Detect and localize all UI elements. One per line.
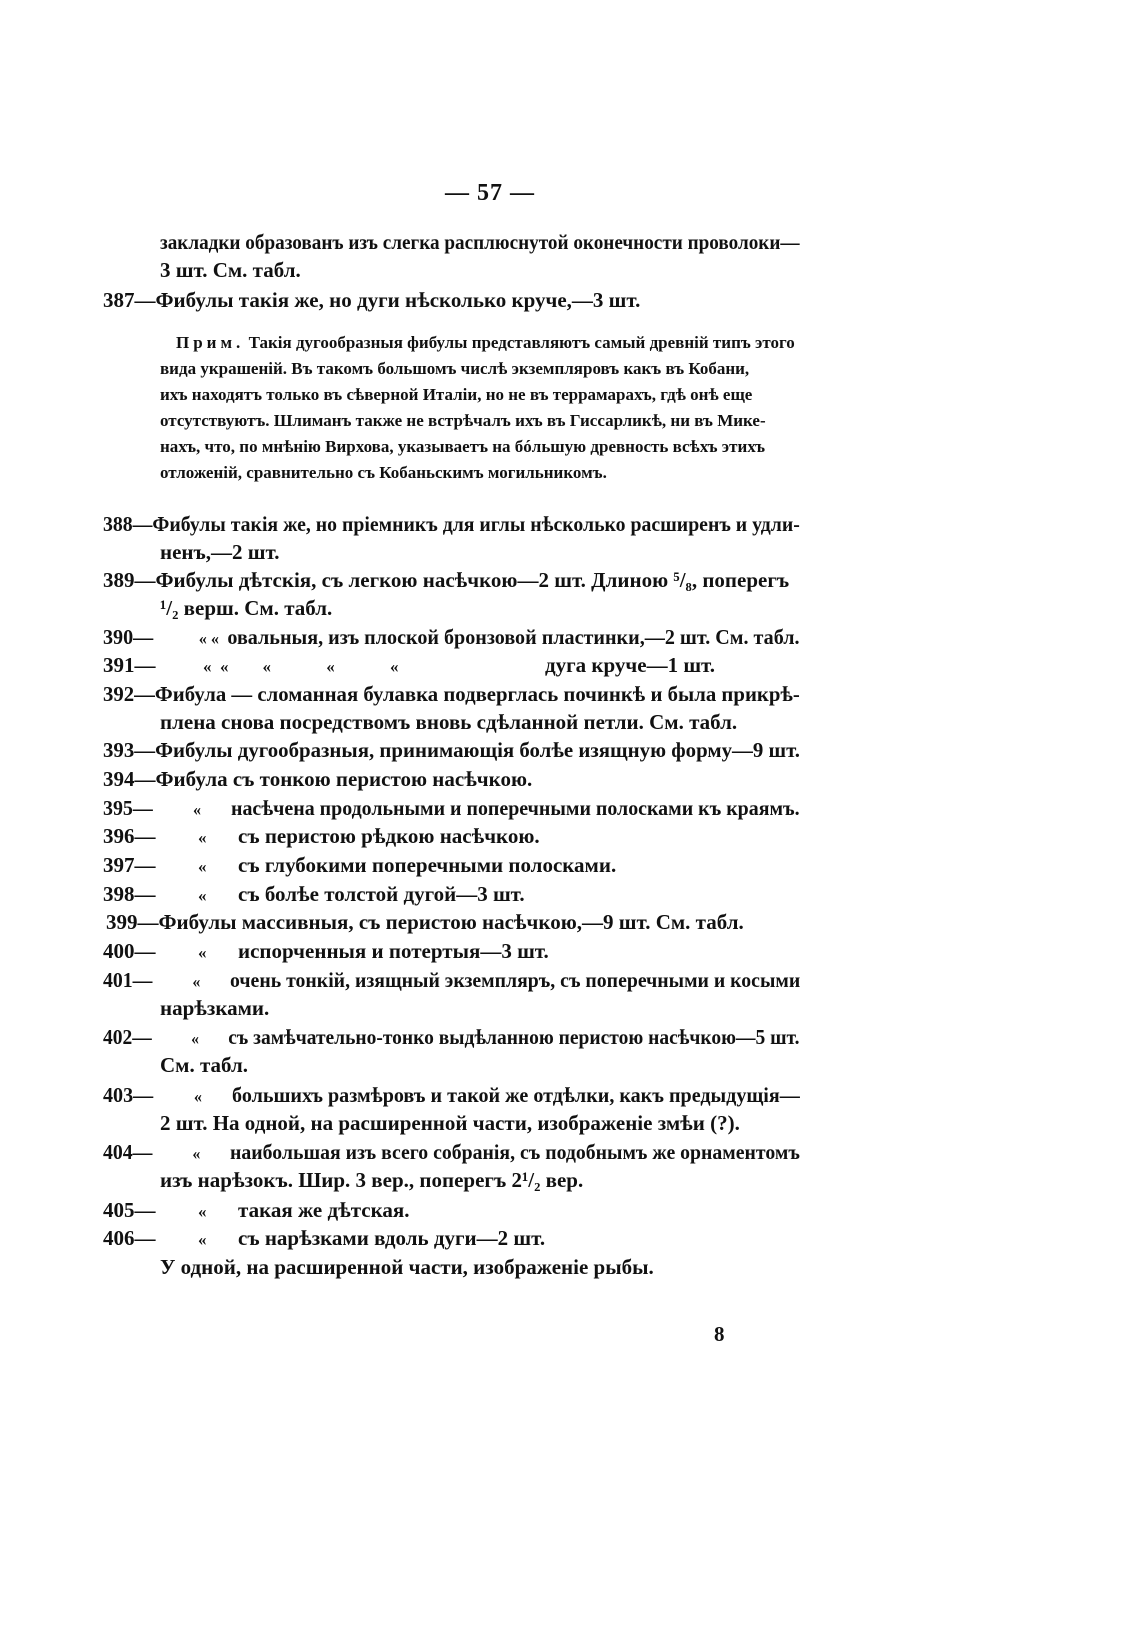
entry-395: 395—«насѣчена продольными и поперечными …	[103, 794, 800, 824]
entry-396: 396—«съ перистою рѣдкою насѣчкою.	[103, 822, 540, 852]
note-line-4: отсутствуютъ. Шлиманъ также не встрѣчалъ…	[160, 408, 766, 434]
ditto-mark: « « « « «	[203, 653, 545, 681]
entry-402: 402—«съ замѣчательно-тонко выдѣланною пе…	[103, 1023, 800, 1053]
page-number: — 57 —	[0, 180, 980, 207]
continuation-line-1: закладки образованъ изъ слегка расплюсну…	[160, 228, 800, 256]
entry-394: 394—Фибула съ тонкою перистою насѣчкою.	[103, 765, 532, 793]
entry-399: 399—Фибулы массивныя, съ перистою насѣчк…	[106, 908, 744, 936]
entry-405: 405—«такая же дѣтская.	[103, 1196, 410, 1226]
entry-393: 393—Фибулы дугообразныя, принимающія бол…	[103, 736, 800, 764]
closing-line: У одной, на расширенной части, изображен…	[160, 1253, 654, 1281]
entry-390: 390—« «овальныя, изъ плоской бронзовой п…	[103, 623, 800, 653]
entry-398: 398—«съ болѣе толстой дугой—3 шт.	[103, 880, 525, 910]
entry-401-cont: нарѣзками.	[160, 994, 269, 1022]
entry-text: Фибулы такія же, но дуги нѣсколько круче…	[156, 288, 641, 312]
note-line-6: отложеній, сравнительно съ Кобаньскимъ м…	[160, 460, 607, 486]
entry-402-cont: См. табл.	[160, 1051, 248, 1079]
entry-388-cont: ненъ,—2 шт.	[160, 538, 279, 566]
entry-403-cont: 2 шт. На одной, на расширенной части, из…	[160, 1109, 740, 1137]
continuation-line-2: 3 шт. См. табл.	[160, 256, 301, 284]
entry-388: 388—Фибулы такія же, но пріемникъ для иг…	[103, 510, 800, 538]
entry-404-cont: изъ нарѣзокъ. Шир. 3 вер., поперегъ 2¹/₂…	[160, 1166, 583, 1194]
entry-389-cont: ¹/₂ верш. См. табл.	[160, 594, 332, 622]
entry-397: 397—«съ глубокими поперечными полосками.	[103, 851, 616, 881]
entry-391: 391—« « « « «дуга круче—1 шт.	[103, 651, 715, 681]
entry-401: 401—«очень тонкій, изящный экземпляръ, с…	[103, 966, 800, 996]
entry-392-cont: плена снова посредствомъ вновь сдѣланной…	[160, 708, 737, 736]
note-label: Прим.	[176, 333, 244, 352]
note-line-3: ихъ находятъ только въ сѣверной Италіи, …	[160, 382, 752, 408]
entry-406: 406—«съ нарѣзками вдоль дуги—2 шт.	[103, 1224, 545, 1254]
entry-387: 387—Фибулы такія же, но дуги нѣсколько к…	[103, 286, 640, 314]
note-line-5: нахъ, что, по мнѣнію Вирхова, указываетъ…	[160, 434, 765, 460]
entry-number: 387—	[103, 286, 156, 314]
signature-mark: 8	[714, 1322, 725, 1347]
note-line-2: вида украшеній. Въ такомъ большомъ числѣ…	[160, 356, 749, 382]
entry-403: 403—«большихъ размѣровъ и такой же отдѣл…	[103, 1081, 800, 1111]
entry-392: 392—Фибула — сломанная булавка подвергла…	[103, 680, 800, 708]
entry-404: 404—«наибольшая изъ всего собранія, съ п…	[103, 1138, 800, 1168]
note-line-1: Прим. Такія дугообразныя фибулы представ…	[176, 330, 795, 356]
ditto-mark: « «	[199, 625, 228, 653]
entry-389: 389—Фибулы дѣтскія, съ легкою насѣчкою—2…	[103, 566, 789, 594]
document-page: — 57 — закладки образованъ изъ слегка ра…	[0, 0, 1140, 1626]
entry-400: 400—«испорченныя и потертыя—3 шт.	[103, 937, 549, 967]
